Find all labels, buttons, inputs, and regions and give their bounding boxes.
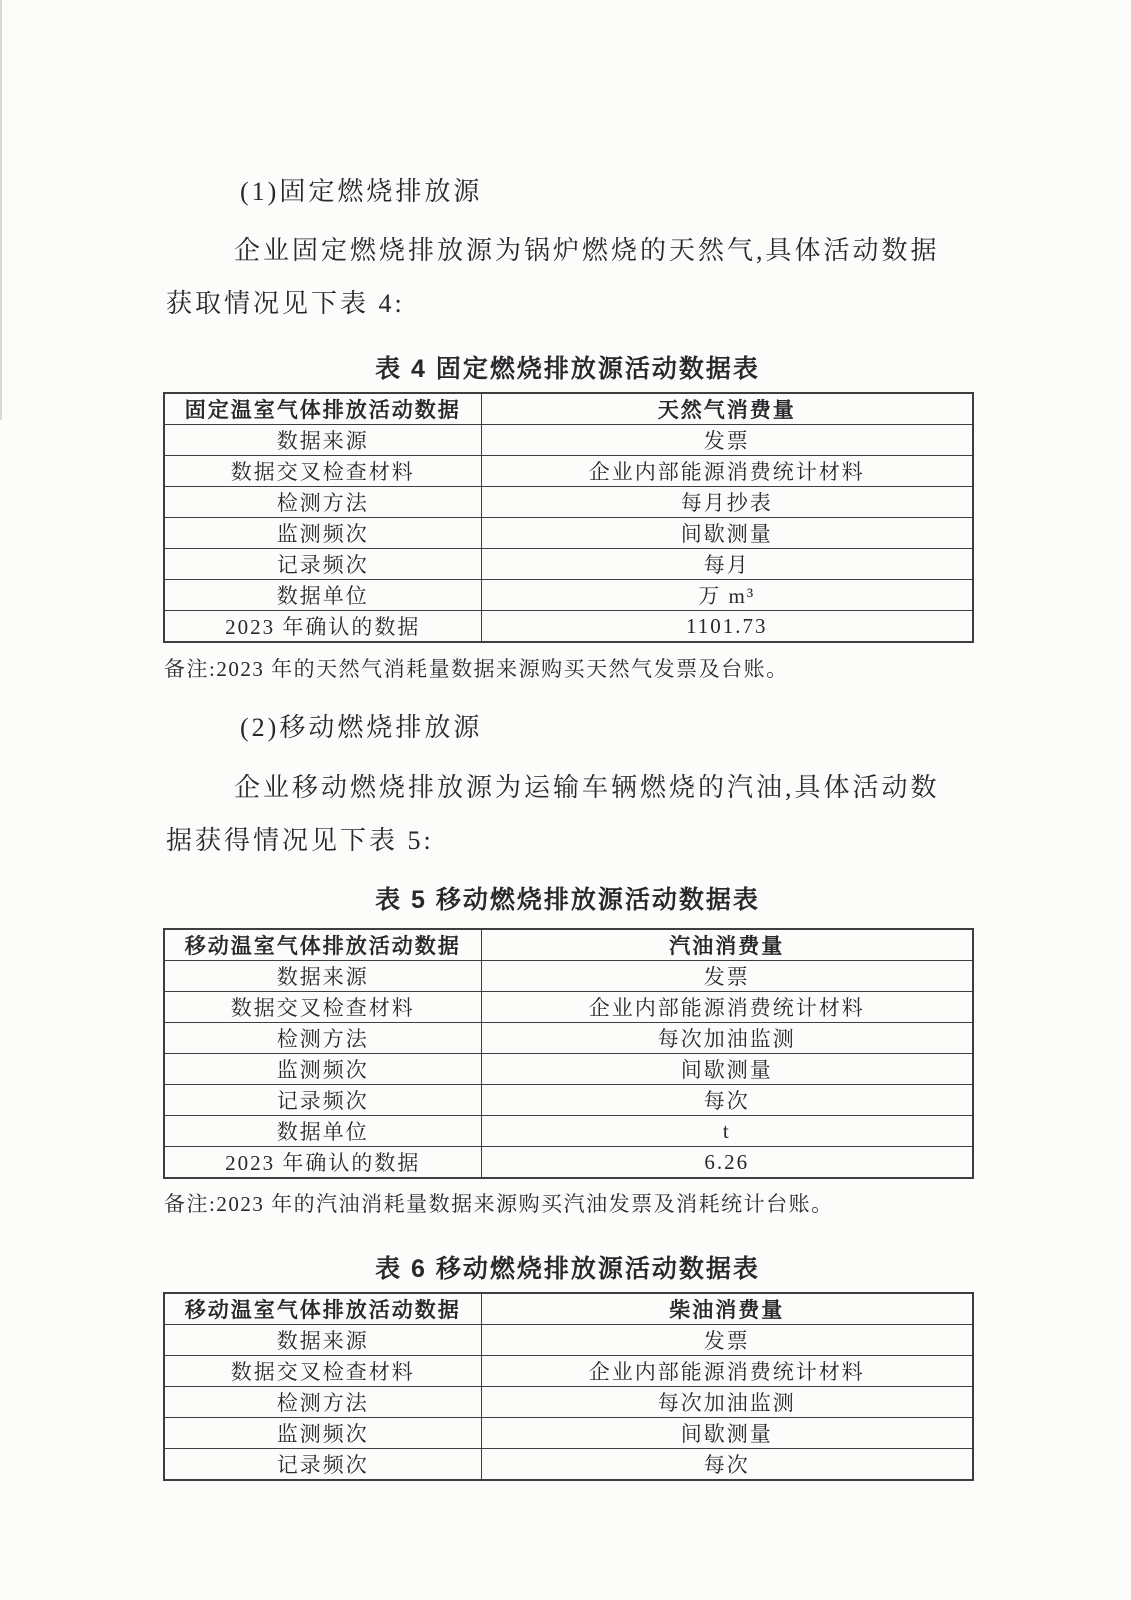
- table-row: 检测方法 每月抄表: [164, 487, 973, 518]
- table-cell: 记录频次: [164, 1085, 481, 1116]
- section-1-paragraph-line-1: 企业固定燃烧排放源为锅炉燃烧的天然气,具体活动数据: [234, 236, 940, 266]
- table-row: 记录频次 每月: [164, 549, 973, 580]
- table-4-header-row: 固定温室气体排放活动数据 天然气消费量: [164, 393, 973, 425]
- table-cell: 间歇测量: [481, 1418, 973, 1449]
- table-row: 2023 年确认的数据 1101.73: [164, 611, 973, 643]
- table-row: 2023 年确认的数据 6.26: [164, 1147, 973, 1179]
- table-row: 数据交叉检查材料 企业内部能源消费统计材料: [164, 992, 973, 1023]
- table-cell: 记录频次: [164, 549, 481, 580]
- table-cell: 每次加油监测: [481, 1023, 973, 1054]
- document-page: (1)固定燃烧排放源 企业固定燃烧排放源为锅炉燃烧的天然气,具体活动数据 获取情…: [0, 0, 1131, 1600]
- table-row: 监测频次 间歇测量: [164, 1418, 973, 1449]
- table-cell: 每次: [481, 1449, 973, 1481]
- table-cell: 2023 年确认的数据: [164, 1147, 481, 1179]
- table-header-cell: 移动温室气体排放活动数据: [164, 1293, 481, 1325]
- table-cell: t: [481, 1116, 973, 1147]
- table-cell: 发票: [481, 961, 973, 992]
- table-cell: 企业内部能源消费统计材料: [481, 456, 973, 487]
- table-4-title: 表 4 固定燃烧排放源活动数据表: [163, 349, 972, 385]
- table-6: 移动温室气体排放活动数据 柴油消费量 数据来源 发票 数据交叉检查材料 企业内部…: [163, 1292, 974, 1481]
- table-cell: 监测频次: [164, 1418, 481, 1449]
- table-5-note: 备注:2023 年的汽油消耗量数据来源购买汽油发票及消耗统计台账。: [164, 1191, 834, 1217]
- table-row: 数据交叉检查材料 企业内部能源消费统计材料: [164, 1356, 973, 1387]
- section-2-paragraph-line-1: 企业移动燃烧排放源为运输车辆燃烧的汽油,具体活动数: [234, 773, 940, 803]
- table-row: 记录频次 每次: [164, 1449, 973, 1481]
- table-row: 数据来源 发票: [164, 425, 973, 456]
- table-row: 数据来源 发票: [164, 961, 973, 992]
- table-cell: 数据交叉检查材料: [164, 992, 481, 1023]
- table-5-title: 表 5 移动燃烧排放源活动数据表: [163, 880, 972, 916]
- table-cell: 间歇测量: [481, 518, 973, 549]
- table-cell: 数据交叉检查材料: [164, 456, 481, 487]
- table-cell: 监测频次: [164, 518, 481, 549]
- table-cell: 1101.73: [481, 611, 973, 643]
- table-row: 监测频次 间歇测量: [164, 1054, 973, 1085]
- table-row: 数据交叉检查材料 企业内部能源消费统计材料: [164, 456, 973, 487]
- table-cell: 6.26: [481, 1147, 973, 1179]
- table-cell: 监测频次: [164, 1054, 481, 1085]
- table-cell: 发票: [481, 425, 973, 456]
- section-2-heading: (2)移动燃烧排放源: [240, 713, 482, 743]
- table-row: 记录频次 每次: [164, 1085, 973, 1116]
- table-header-cell: 汽油消费量: [481, 929, 973, 961]
- table-header-cell: 固定温室气体排放活动数据: [164, 393, 481, 425]
- table-row: 数据单位 t: [164, 1116, 973, 1147]
- table-cell: 发票: [481, 1325, 973, 1356]
- table-cell: 每次: [481, 1085, 973, 1116]
- table-cell: 每次加油监测: [481, 1387, 973, 1418]
- table-cell: 检测方法: [164, 487, 481, 518]
- table-5: 移动温室气体排放活动数据 汽油消费量 数据来源 发票 数据交叉检查材料 企业内部…: [163, 928, 974, 1179]
- table-row: 数据单位 万 m³: [164, 580, 973, 611]
- table-cell: 记录频次: [164, 1449, 481, 1481]
- table-cell: 数据交叉检查材料: [164, 1356, 481, 1387]
- table-cell: 检测方法: [164, 1387, 481, 1418]
- table-cell: 数据单位: [164, 580, 481, 611]
- table-6-title: 表 6 移动燃烧排放源活动数据表: [163, 1249, 972, 1285]
- table-row: 数据来源 发票: [164, 1325, 973, 1356]
- table-cell: 企业内部能源消费统计材料: [481, 1356, 973, 1387]
- scan-edge-artifact: [0, 0, 2, 420]
- table-row: 监测频次 间歇测量: [164, 518, 973, 549]
- table-4: 固定温室气体排放活动数据 天然气消费量 数据来源 发票 数据交叉检查材料 企业内…: [163, 392, 974, 643]
- table-row: 检测方法 每次加油监测: [164, 1387, 973, 1418]
- table-cell: 企业内部能源消费统计材料: [481, 992, 973, 1023]
- section-2-paragraph-line-2: 据获得情况见下表 5:: [166, 826, 434, 856]
- table-header-cell: 移动温室气体排放活动数据: [164, 929, 481, 961]
- table-5-header-row: 移动温室气体排放活动数据 汽油消费量: [164, 929, 973, 961]
- section-1-heading: (1)固定燃烧排放源: [240, 177, 482, 207]
- table-cell: 数据来源: [164, 425, 481, 456]
- table-cell: 数据来源: [164, 961, 481, 992]
- table-cell: 2023 年确认的数据: [164, 611, 481, 643]
- table-6-header-row: 移动温室气体排放活动数据 柴油消费量: [164, 1293, 973, 1325]
- table-cell: 数据单位: [164, 1116, 481, 1147]
- table-cell: 万 m³: [481, 580, 973, 611]
- table-cell: 数据来源: [164, 1325, 481, 1356]
- table-cell: 每月抄表: [481, 487, 973, 518]
- table-cell: 检测方法: [164, 1023, 481, 1054]
- table-4-note: 备注:2023 年的天然气消耗量数据来源购买天然气发票及台账。: [164, 656, 789, 682]
- table-header-cell: 柴油消费量: [481, 1293, 973, 1325]
- table-cell: 每月: [481, 549, 973, 580]
- section-1-paragraph-line-2: 获取情况见下表 4:: [166, 289, 405, 319]
- table-cell: 间歇测量: [481, 1054, 973, 1085]
- table-row: 检测方法 每次加油监测: [164, 1023, 973, 1054]
- table-header-cell: 天然气消费量: [481, 393, 973, 425]
